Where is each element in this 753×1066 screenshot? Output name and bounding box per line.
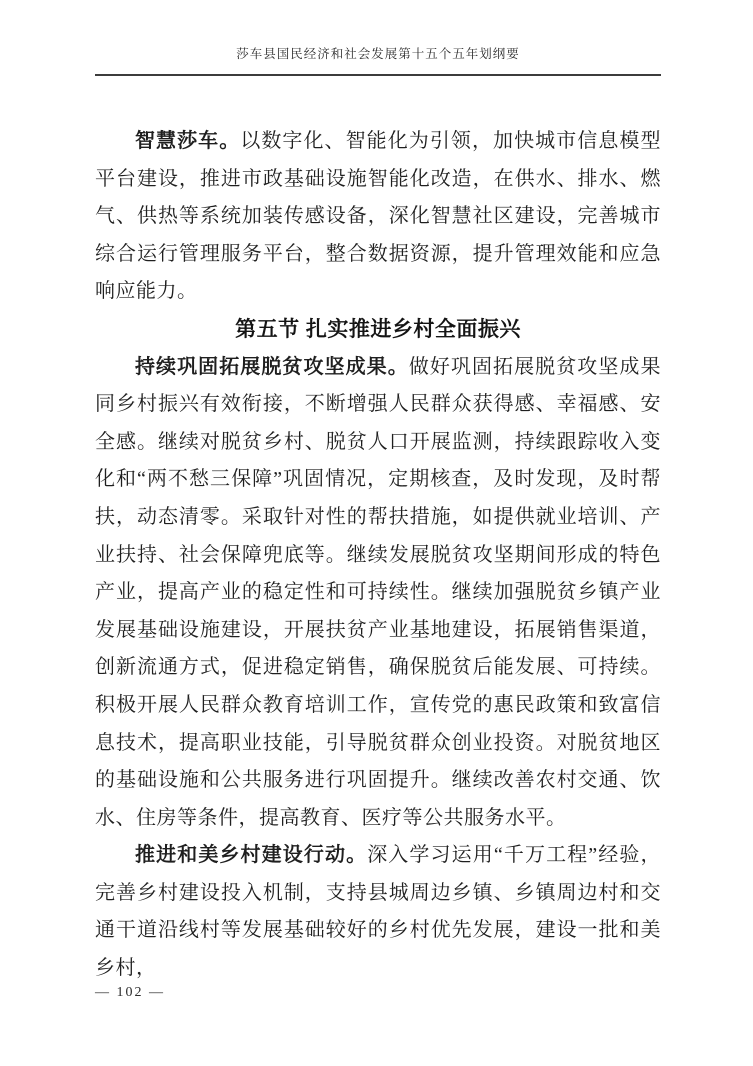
document-content: 智慧莎车。以数字化、智能化为引领，加快城市信息模型平台建设，推进市政基础设施智能… [95,123,661,988]
section-heading: 第五节 扎实推进乡村全面振兴 [95,311,661,349]
paragraph-lead: 推进和美乡村建设行动。 [135,844,367,866]
paragraph-smart-city: 智慧莎车。以数字化、智能化为引领，加快城市信息模型平台建设，推进市政基础设施智能… [95,123,661,311]
paragraph-beautiful-village: 推进和美乡村建设行动。深入学习运用“千万工程”经验，完善乡村建设投入机制，支持县… [95,837,661,987]
page-footer: — 102 — [95,984,165,1002]
paragraph-poverty-alleviation: 持续巩固拓展脱贫攻坚成果。做好巩固拓展脱贫攻坚成果同乡村振兴有效衔接，不断增强人… [95,349,661,838]
page-number: — 102 — [95,985,165,1000]
paragraph-lead: 智慧莎车。 [135,130,240,152]
header-title: 莎车县国民经济和社会发展第十五个五年划纲要 [236,47,520,61]
paragraph-lead: 持续巩固拓展脱贫攻坚成果。 [135,356,409,378]
paragraph-text: 以数字化、智能化为引领，加快城市信息模型平台建设，推进市政基础设施智能化改造，在… [95,130,661,302]
document-page: 莎车县国民经济和社会发展第十五个五年划纲要 智慧莎车。以数字化、智能化为引领，加… [0,0,753,1066]
page-header: 莎车县国民经济和社会发展第十五个五年划纲要 [95,46,661,76]
paragraph-text: 做好巩固拓展脱贫攻坚成果同乡村振兴有效衔接，不断增强人民群众获得感、幸福感、安全… [95,356,661,829]
